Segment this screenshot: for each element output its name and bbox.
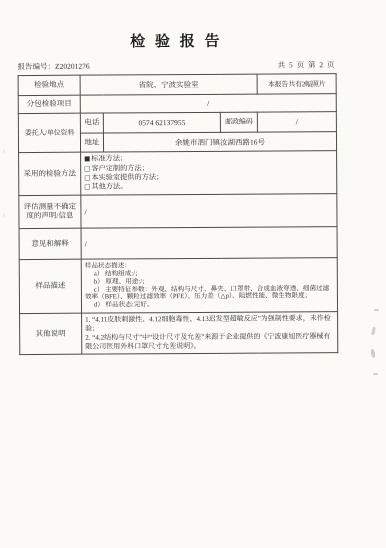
methods-list: ■标准方法； □客户定制的方法； □本实验室提供的方法； □其他方法。 — [84, 153, 333, 192]
checkbox-checked-icon: ■ — [84, 155, 90, 163]
uncertainty-label: 评估测量不确定度的声明/信息 — [19, 195, 81, 228]
other-note-line: 1. “4.11皮肤刺激性、4.12细胞毒性、4.13迟发型超敏反应”为强制性要… — [85, 314, 334, 334]
scan-artifact — [373, 373, 378, 375]
report-number-value: Z20201276 — [55, 62, 90, 71]
subcontract-value: / — [80, 94, 336, 114]
phone-label: 电话 — [80, 113, 103, 133]
row-location: 检验地点 省院、宁波实验室 本报告共有2幅照片 — [18, 74, 336, 96]
method-option-label: 标准方法； — [91, 155, 127, 163]
scan-artifact — [3, 214, 5, 217]
sample-line: d） 样品状态:完好。 — [85, 300, 334, 309]
postcode-label: 邮政编码 — [220, 112, 257, 132]
scan-artifact — [3, 150, 5, 153]
method-option-label: 其他方法。 — [91, 183, 127, 191]
address-label: 地址 — [80, 133, 103, 152]
opinion-value: / — [81, 227, 337, 260]
client-label: 委托人/单位资料 — [18, 113, 80, 152]
opinion-label: 意见和解释 — [19, 228, 81, 259]
scan-artifact — [374, 309, 379, 311]
page-title: 检 验 报 告 — [17, 29, 335, 52]
sample-line: c） 主要特征参数：外观、结构与尺寸、鼻夹、口罩带、合成血液穿透、细菌过滤效率（… — [85, 285, 334, 302]
report-meta: 报告编号：Z20201276 共 5 页 第 2 页 — [18, 59, 336, 72]
sample-label: 样品描述 — [19, 259, 81, 313]
methods-cell: ■标准方法； □客户定制的方法； □本实验室提供的方法； □其他方法。 — [81, 151, 337, 196]
sample-description: 样品状态描述： a） 结构组成:/； b） 原理、用途:/； c） 主要特征参数… — [85, 262, 334, 310]
checkbox-empty-icon: □ — [84, 174, 90, 182]
location-value: 省院、宁波实验室 — [80, 74, 257, 95]
photos-note: 本报告共有2幅照片 — [257, 74, 336, 94]
row-subcontract: 分包检验项目 / — [18, 94, 336, 114]
other-label: 其他说明 — [20, 313, 82, 354]
row-other: 其他说明 1. “4.11皮肤刺激性、4.12细胞毒性、4.13迟发型超敏反应”… — [20, 312, 338, 355]
method-option-label: 本实验室提供的方法； — [91, 173, 163, 181]
method-option: □其他方法。 — [84, 182, 333, 193]
row-sample: 样品描述 样品状态描述： a） 结构组成:/； b） 原理、用途:/； c） 主… — [19, 258, 337, 314]
phone-value: 0574 62137955 — [103, 112, 220, 133]
other-notes: 1. “4.11皮肤刺激性、4.12细胞毒性、4.13迟发型超敏反应”为强制性要… — [85, 314, 334, 352]
checkbox-empty-icon: □ — [84, 183, 90, 191]
postcode-value: / — [257, 112, 336, 132]
location-label: 检验地点 — [18, 75, 80, 95]
row-methods: 采用的检验方法 ■标准方法； □客户定制的方法； □本实验室提供的方法； □其他… — [19, 151, 337, 196]
row-uncertainty: 评估测量不确定度的声明/信息 / — [19, 194, 337, 229]
other-note-line: 2. “4.2结构与尺寸”中“设计尺寸及允差”来源于企业提供的《宁波康旭医疗器械… — [85, 332, 334, 352]
report-page: 检 验 报 告 报告编号：Z20201276 共 5 页 第 2 页 检验地点 … — [0, 0, 386, 355]
uncertainty-value: / — [81, 194, 337, 229]
subcontract-label: 分包检验项目 — [18, 95, 80, 113]
row-client-phone: 委托人/单位资料 电话 0574 62137955 邮政编码 / — [18, 112, 336, 134]
methods-label: 采用的检验方法 — [19, 152, 81, 195]
address-value: 余姚市泗门镇汝湖西路16号 — [103, 132, 336, 152]
row-opinion: 意见和解释 / — [19, 227, 337, 260]
report-number: 报告编号：Z20201276 — [18, 61, 90, 72]
sample-cell: 样品状态描述： a） 结构组成:/； b） 原理、用途:/； c） 主要特征参数… — [81, 258, 337, 314]
report-table: 检验地点 省院、宁波实验室 本报告共有2幅照片 分包检验项目 / 委托人/单位资… — [18, 73, 339, 355]
other-cell: 1. “4.11皮肤刺激性、4.12细胞毒性、4.13迟发型超敏反应”为强制性要… — [82, 312, 338, 355]
method-option-label: 客户定制的方法； — [91, 164, 149, 172]
page-count: 共 5 页 第 2 页 — [278, 59, 336, 70]
report-number-label: 报告编号： — [18, 62, 56, 71]
checkbox-empty-icon: □ — [84, 164, 90, 172]
